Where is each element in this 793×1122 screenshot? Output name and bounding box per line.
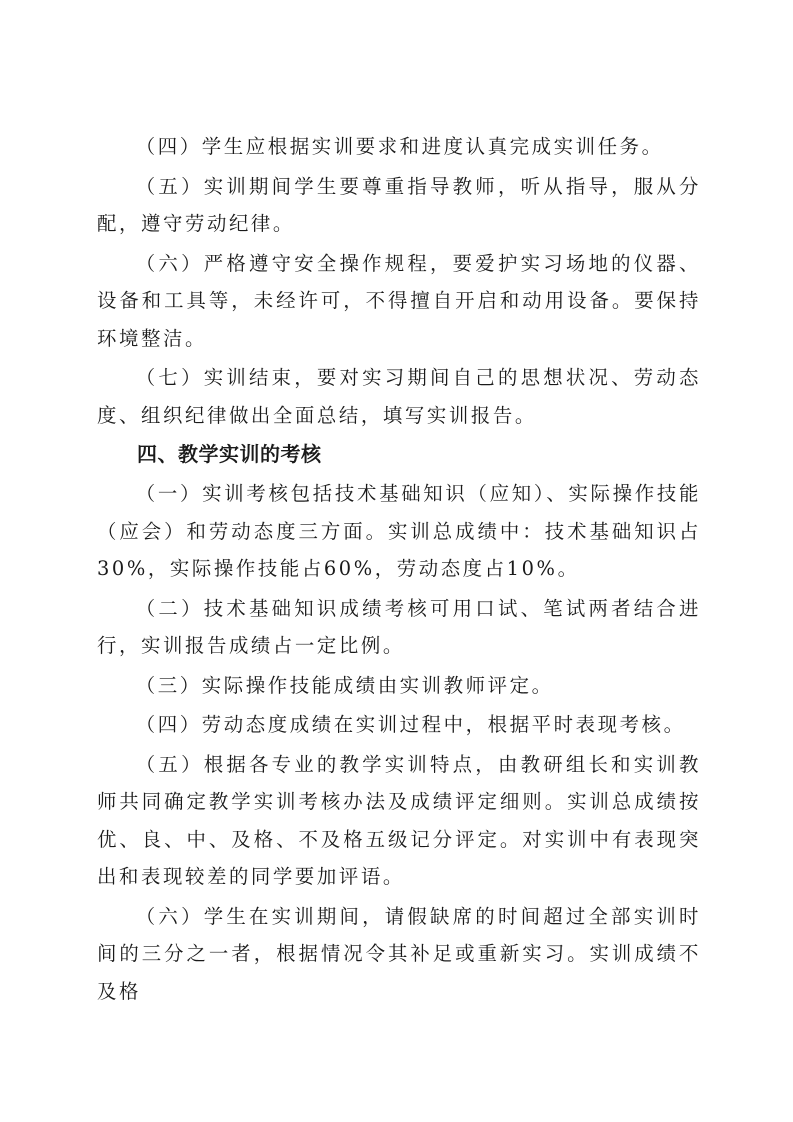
paragraph-grading-rules: （五）根据各专业的教学实训特点，由教研组长和实训教师共同确定教学实训考核办法及成… bbox=[97, 746, 701, 896]
document-page: （四）学生应根据实训要求和进度认真完成实训任务。 （五）实训期间学生要尊重指导教… bbox=[97, 128, 701, 1012]
paragraph-respect-teachers: （五）实训期间学生要尊重指导教师，听从指导，服从分配，遵守劳动纪律。 bbox=[97, 168, 701, 243]
paragraph-attitude-grading: （四）劳动态度成绩在实训过程中，根据平时表现考核。 bbox=[97, 706, 701, 744]
paragraph-skill-grading: （三）实际操作技能成绩由实训教师评定。 bbox=[97, 667, 701, 705]
paragraph-safety-rules: （六）严格遵守安全操作规程，要爱护实习场地的仪器、设备和工具等，未经许可，不得擅… bbox=[97, 245, 701, 358]
paragraph-knowledge-exam: （二）技术基础知识成绩考核可用口试、笔试两者结合进行，实训报告成绩占一定比例。 bbox=[97, 590, 701, 665]
paragraph-absence-policy: （六）学生在实训期间，请假缺席的时间超过全部实训时间的三分之一者，根据情况令其补… bbox=[97, 898, 701, 1011]
paragraph-assessment-components: （一）实训考核包括技术基础知识（应知）、实际操作技能（应会）和劳动态度三方面。实… bbox=[97, 475, 701, 588]
section-heading-assessment: 四、教学实训的考核 bbox=[97, 436, 701, 473]
paragraph-training-summary: （七）实训结束，要对实习期间自己的思想状况、劳动态度、组织纪律做出全面总结，填写… bbox=[97, 359, 701, 434]
paragraph-student-tasks: （四）学生应根据实训要求和进度认真完成实训任务。 bbox=[97, 128, 701, 166]
